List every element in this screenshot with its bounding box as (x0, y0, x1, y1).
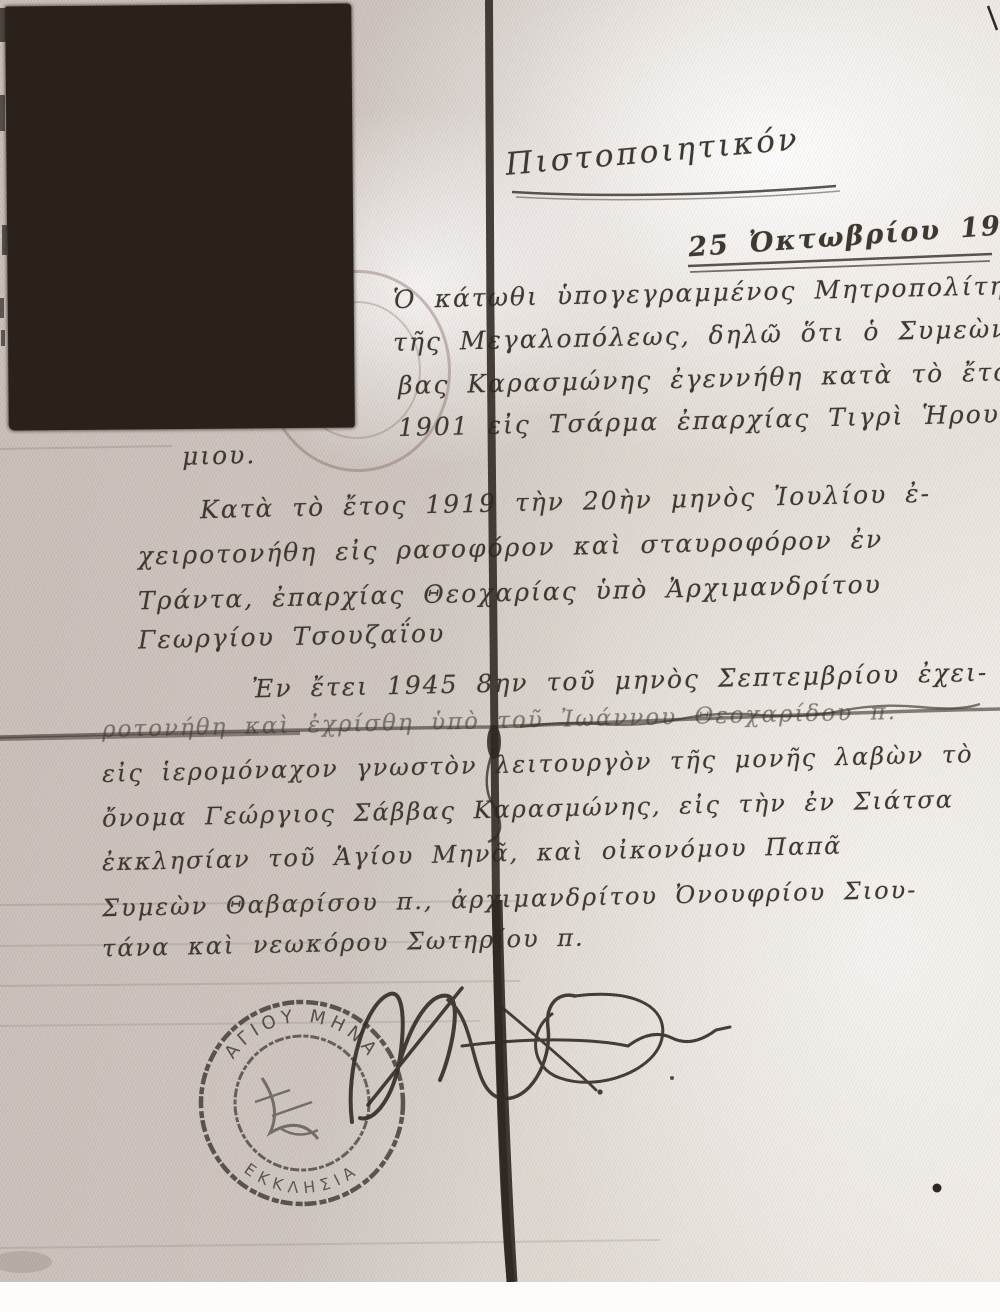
svg-text:ΑΓΙΟΥ ΜΗΝΑ: ΑΓΙΟΥ ΜΗΝΑ (220, 1006, 383, 1063)
handwriting-line-struck-through: ροτονήθη καὶ ἐχρίσθη ὑπὸ τοῦ Ἰωάννου Θεο… (102, 699, 897, 743)
document-title: Πιστοποιητικόν (504, 121, 801, 183)
seal-top-text: ΑΓΙΟΥ ΜΗΝΑ (220, 1006, 383, 1063)
scanned-document-page: Πιστοποιητικόν 25 Ὀκτωβρίου 1936 Ὁ κάτωθ… (0, 0, 1000, 1312)
signature (351, 988, 730, 1122)
handwriting-line: Ὁ κάτωθι ὑπογεγραμμένος Μητροπολίτης (393, 271, 1000, 314)
handwriting-line: Συμεὼν Θαβαρίσου π., ἀρχιμανδρίτου Ὀνουφ… (102, 876, 918, 922)
handwriting-line: μιου. (182, 440, 257, 471)
handwriting-line: εἰς ἱερομόναχον γνωστὸν λειτουργὸν τῆς μ… (102, 740, 974, 788)
vertical-fold-line (487, 0, 512, 1282)
handwriting-line: χειροτονήθη εἰς ρασοφόρον καὶ σταυροφόρο… (138, 525, 884, 571)
handwriting-line: ἐκκλησίαν τοῦ Ἁγίου Μηνᾶ, καὶ οἰκονόμου … (102, 832, 843, 877)
handwriting-line: Ἐν ἔτει 1945 8ην τοῦ μηνὸς Σεπτεμβρίου ἐ… (252, 658, 989, 704)
seal-bottom-text: ΕΚΚΛΗΣΙΑ (241, 1159, 364, 1197)
handwriting-line: ὄνομα Γεώργιος Σάββας Καρασμώνης, εἰς τὴ… (102, 785, 954, 832)
handwriting-line: Κατὰ τὸ ἔτος 1919 τὴν 20ὴν μηνὸς Ἰουλίου… (200, 479, 932, 525)
handwriting-line: Τράντα, ἐπαρχίας Θεοχαρίας ὑπὸ Ἀρχιμανδρ… (138, 570, 882, 616)
handwriting-line: τῆς Μεγαλοπόλεως, δηλῶ ὅτι ὁ Συμεὼν Σάβ- (393, 312, 1000, 357)
handwriting-line: τάνα καὶ νεωκόρου Σωτηρίου π. (102, 924, 585, 963)
handwriting-line: βας Καρασμώνης ἐγεννήθη κατὰ τὸ ἔτος (398, 357, 1000, 400)
svg-text:ΕΚΚΛΗΣΙΑ: ΕΚΚΛΗΣΙΑ (241, 1159, 364, 1197)
redaction-block (5, 3, 355, 430)
handwriting-line: 1901 εἰς Τσάρμα ἐπαρχίας Τιγρὶ Ἡρου- (398, 399, 1000, 442)
church-seal: ΑΓΙΟΥ ΜΗΝΑ ΕΚΚΛΗΣΙΑ (201, 1002, 403, 1204)
document-date: 25 Ὀκτωβρίου 1936 (687, 208, 1000, 264)
scan-bottom-margin (0, 1282, 1000, 1312)
handwriting-line: Γεωργίου Τσουζαΐου (138, 619, 446, 655)
